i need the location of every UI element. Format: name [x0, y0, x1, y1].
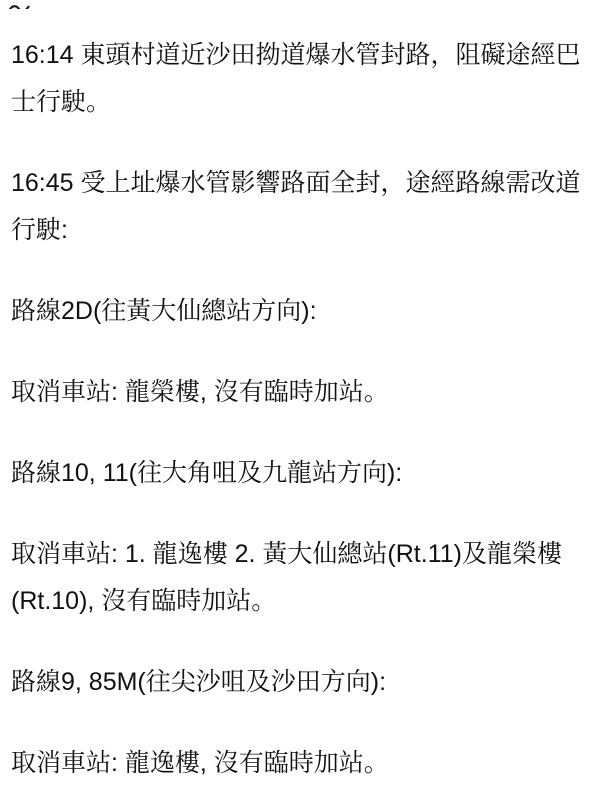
timeline-entry-1614: 16:14 東頭村道近沙田拗道爆水管封路，阻礙途經巴士行駛。 [11, 32, 585, 126]
notice-page: 16:14 東頭村道近沙田拗道爆水管封路，阻礙途經巴士行駛。 16:45 受上址… [0, 0, 601, 800]
route-9-85m-heading: 路線9, 85M(往尖沙咀及沙田方向): [11, 659, 585, 706]
update-message: 東頭村道近沙田拗道爆水管封路，阻礙途經巴士行駛。 [11, 41, 581, 116]
timeline-entry-1645: 16:45 受上址爆水管影響路面全封，途經路線需改道行駛: [11, 160, 585, 254]
clipped-stroke-icon [8, 4, 30, 9]
route-9-85m-cancelled-stops: 取消車站: 龍逸樓, 沒有臨時加站。 [11, 740, 585, 787]
notice-content: 16:14 東頭村道近沙田拗道爆水管封路，阻礙途經巴士行駛。 16:45 受上址… [0, 0, 601, 787]
route-2d-heading: 路線2D(往黃大仙總站方向): [11, 288, 585, 335]
update-time: 16:45 [11, 169, 74, 197]
clipped-content-fragment [8, 0, 30, 9]
update-message: 受上址爆水管影響路面全封，途經路線需改道行駛: [11, 169, 581, 244]
route-2d-cancelled-stops: 取消車站: 龍榮樓, 沒有臨時加站。 [11, 369, 585, 416]
update-time: 16:14 [11, 41, 74, 69]
route-10-11-cancelled-stops: 取消車站: 1. 龍逸樓 2. 黃大仙總站(Rt.11)及龍榮樓(Rt.10),… [11, 531, 585, 625]
route-10-11-heading: 路線10, 11(往大角咀及九龍站方向): [11, 450, 585, 497]
